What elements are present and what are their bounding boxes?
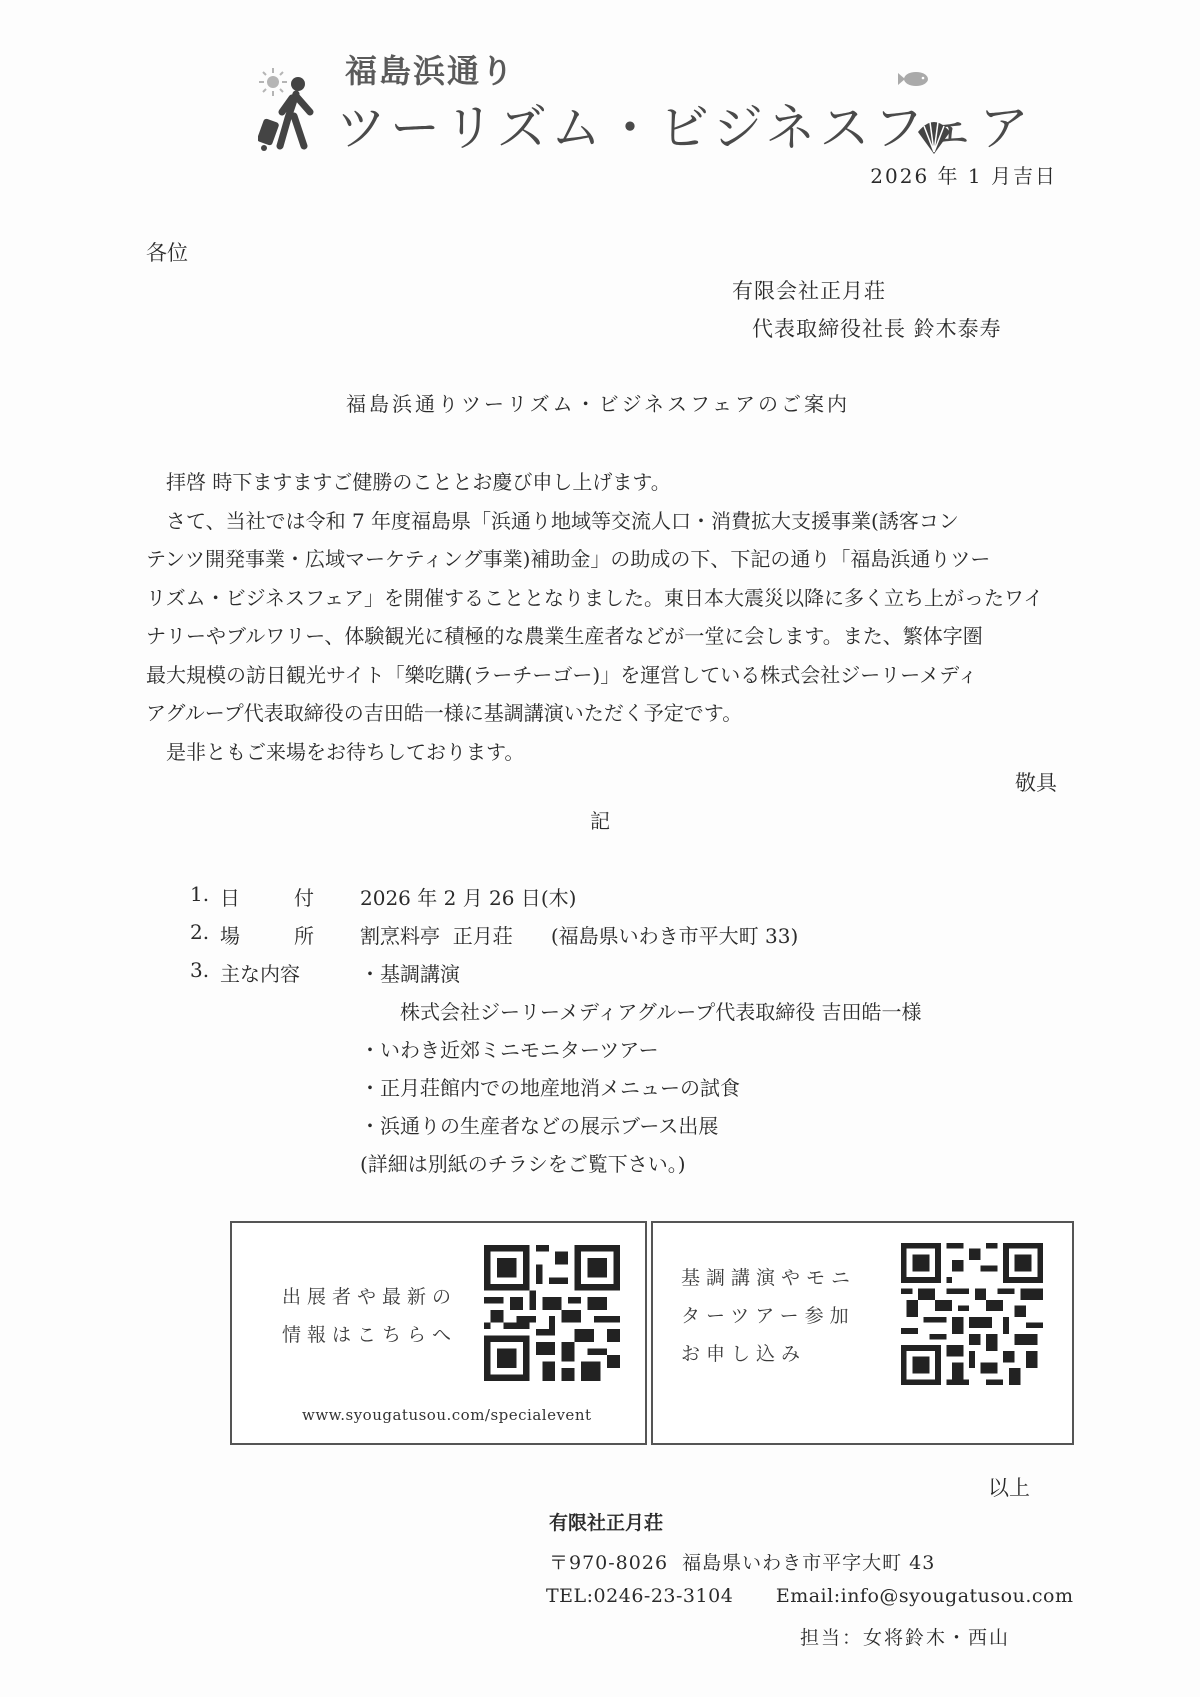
detail-label: 主な内容: [220, 958, 300, 987]
qr-box-url[interactable]: www.syougatusou.com/specialevent: [302, 1406, 592, 1424]
qr-caption-line: 基調講演やモニ: [681, 1259, 856, 1297]
scallop-shell-icon: [916, 118, 952, 156]
detail-label: 日: [220, 882, 240, 911]
detail-label: 付: [294, 882, 314, 911]
body-line: 拝啓 時下ますますご健勝のこととお慶び申し上げます。: [146, 463, 1066, 502]
sender-representative: 代表取締役社長 鈴木泰寿: [752, 313, 1002, 343]
end-mark-ijou: 以上: [988, 1472, 1030, 1502]
content-line: ・浜通りの生産者などの展示ブース出展: [360, 1110, 718, 1139]
salutation: 各位: [146, 237, 188, 267]
event-logo: 福島浜通り ツーリズム・ビジネスフェア: [258, 42, 958, 152]
content-line: 株式会社ジーリーメディアグループ代表取締役 吉田皓一様: [400, 996, 922, 1025]
document-title-text: 福島浜通りツーリズム・ビジネスフェアのご案内: [346, 392, 850, 416]
body-line: さて、当社では令和 7 年度福島県「浜通り地域等交流人口・消費拡大支援事業(誘客…: [146, 502, 1066, 541]
content-line: (詳細は別紙のチラシをご覧下さい。): [360, 1148, 686, 1177]
fish-icon: [898, 70, 928, 88]
letter-page: 福島浜通り ツーリズム・ビジネスフェア 2026 年 1 月吉日 各位 有限会社…: [0, 0, 1200, 1697]
footer-company: 有限社正月荘: [549, 1508, 663, 1535]
issue-date: 2026 年 1 月吉日: [870, 160, 1057, 189]
sender-company: 有限会社正月荘: [732, 275, 886, 305]
detail-value-content: ・基調講演: [360, 958, 460, 987]
detail-label: 所: [294, 920, 314, 949]
footer-address: 〒970-8026 福島県いわき市平字大町 43: [549, 1548, 935, 1575]
qr-code-registration[interactable]: [901, 1243, 1043, 1385]
footer-email[interactable]: Email:info@syougatusou.com: [776, 1585, 1074, 1607]
ki-marker: 記: [0, 805, 1200, 834]
body-line: アグループ代表取締役の吉田皓一様に基調講演いただく予定です。: [146, 694, 1066, 733]
closing-keigu: 敬具: [1015, 767, 1057, 797]
qr-caption-line: 出展者や最新の: [282, 1278, 457, 1316]
walking-traveler-icon: [258, 72, 328, 152]
document-title: 福島浜通りツーリズム・ビジネスフェアのご案内: [0, 388, 1200, 417]
qr-caption-line: お申し込み: [681, 1335, 856, 1373]
detail-number: 2.: [190, 920, 209, 944]
detail-label: 場: [220, 920, 240, 949]
detail-value-venue: 割烹料亭 正月荘 (福島県いわき市平大町 33): [360, 920, 798, 949]
qr-code-exhibitor-info[interactable]: [484, 1245, 620, 1381]
qr-caption-line: 情報はこちらへ: [282, 1316, 457, 1354]
content-line: ・正月荘館内での地産地消メニューの試食: [360, 1072, 740, 1101]
detail-value-date: 2026 年 2 月 26 日(木): [360, 882, 576, 911]
body-line: リズム・ビジネスフェア」を開催することとなりました。東日本大震災以降に多く立ち上…: [146, 579, 1066, 618]
letter-body: 拝啓 時下ますますご健勝のこととお慶び申し上げます。 さて、当社では令和 7 年…: [146, 463, 1066, 771]
body-line: 最大規模の訪日観光サイト「樂吃購(ラーチーゴー)」を運営している株式会社ジーリー…: [146, 656, 1066, 695]
body-line: 是非ともご来場をお待ちしております。: [146, 733, 1066, 772]
detail-number: 3.: [190, 958, 209, 982]
qr-caption-line: ターツアー参加: [681, 1297, 856, 1335]
content-line: ・いわき近郊ミニモニターツアー: [360, 1034, 659, 1063]
qr-box-caption: 基調講演やモニ ターツアー参加 お申し込み: [681, 1259, 856, 1373]
footer-staff: 担当：女将鈴木・西山: [800, 1623, 1010, 1650]
footer-contact: TEL:0246-23-3104 Email:info@syougatusou.…: [546, 1585, 1073, 1607]
logo-subtitle: 福島浜通り: [345, 46, 515, 92]
detail-number: 1.: [190, 882, 209, 906]
footer-tel: TEL:0246-23-3104: [546, 1585, 733, 1607]
qr-box-exhibitor-info: 出展者や最新の 情報はこちらへ www.syougatusou.com/spec…: [230, 1221, 647, 1445]
body-line: テンツ開発事業・広域マーケティング事業)補助金」の助成の下、下記の通り「福島浜通…: [146, 540, 1066, 579]
qr-box-registration: 基調講演やモニ ターツアー参加 お申し込み: [651, 1221, 1074, 1445]
body-line: ナリーやブルワリー、体験観光に積極的な農業生産者などが一堂に会します。また、繁体…: [146, 617, 1066, 656]
qr-box-caption: 出展者や最新の 情報はこちらへ: [282, 1278, 457, 1354]
